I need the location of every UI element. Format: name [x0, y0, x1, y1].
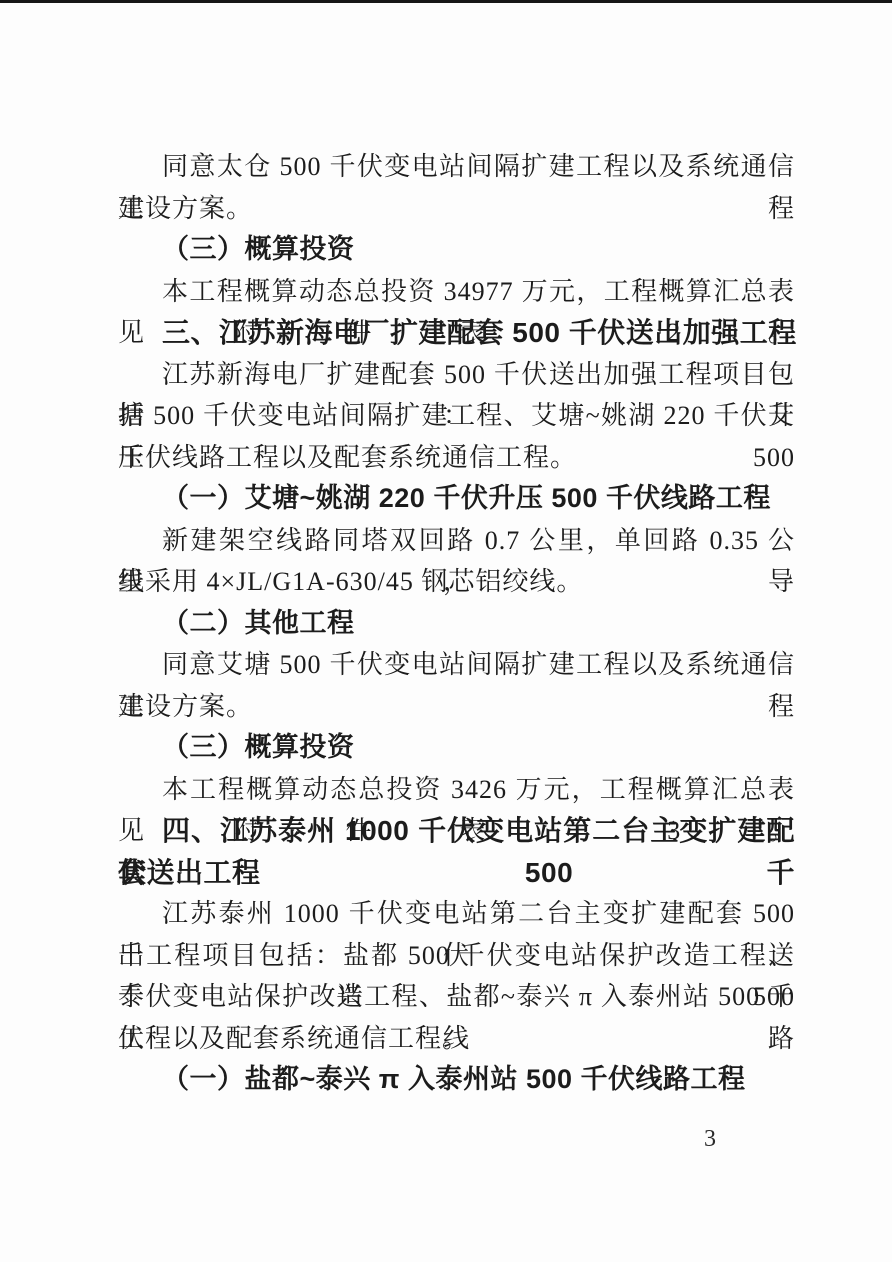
paragraph-line: 塘 500 千伏变电站间隔扩建工程、艾塘~姚湖 220 千伏升压 500 [118, 395, 795, 437]
paragraph-line: 千伏变电站保护改造工程、盐都~泰兴 π 入泰州站 500 千伏线路 [118, 976, 795, 1018]
section-heading: （一）盐都~泰兴 π 入泰州站 500 千伏线路工程 [118, 1059, 795, 1101]
paragraph-line: 同意太仓 500 千伏变电站间隔扩建工程以及系统通信工程 [118, 146, 795, 188]
document-body: 同意太仓 500 千伏变电站间隔扩建工程以及系统通信工程 建设方案。 （三）概算… [118, 146, 795, 1101]
chapter-heading: 三、江苏新海电厂扩建配套 500 千伏送出加强工程 [118, 312, 795, 354]
section-heading: （三）概算投资 [118, 229, 795, 271]
section-heading: （二）其他工程 [118, 603, 795, 645]
scan-edge-line [0, 0, 892, 3]
paragraph-line: 出工程项目包括：盐都 500 千伏变电站保护改造工程、泰兴 500 [118, 935, 795, 977]
paragraph-line: 本工程概算动态总投资 34977 万元，工程概算汇总表见附件表 2。 [118, 271, 795, 313]
page-number: 3 [704, 1126, 716, 1153]
paragraph-line: 新建架空线路同塔双回路 0.7 公里，单回路 0.35 公里，导 [118, 520, 795, 562]
chapter-heading: 四、江苏泰州 1000 千伏变电站第二台主变扩建配套 500 千 [118, 810, 795, 852]
paragraph-line: 本工程概算动态总投资 3426 万元，工程概算汇总表见附件表 3。 [118, 769, 795, 811]
section-heading: （一）艾塘~姚湖 220 千伏升压 500 千伏线路工程 [118, 478, 795, 520]
document-page: 同意太仓 500 千伏变电站间隔扩建工程以及系统通信工程 建设方案。 （三）概算… [0, 0, 892, 1262]
paragraph-line: 同意艾塘 500 千伏变电站间隔扩建工程以及系统通信工程 [118, 644, 795, 686]
section-heading: （三）概算投资 [118, 727, 795, 769]
paragraph-line: 江苏新海电厂扩建配套 500 千伏送出加强工程项目包括：艾 [118, 354, 795, 396]
paragraph-line: 江苏泰州 1000 千伏变电站第二台主变扩建配套 500 千伏送 [118, 893, 795, 935]
